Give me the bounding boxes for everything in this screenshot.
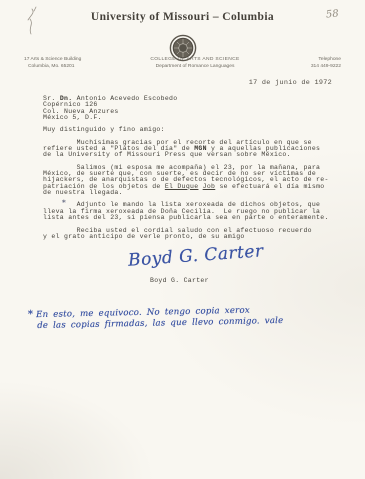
telephone-number: 314 449-9222: [271, 64, 341, 71]
body-line: y el grato anticipo de verle pronto, de …: [43, 234, 339, 240]
handwritten-footnote: *En esto, me equivoco. No tengo copia xe…: [28, 304, 338, 331]
footnote-asterisk: *: [28, 309, 33, 320]
recipient-block: Sr. Dn. Antonio Acevedo Escobedo Copérni…: [43, 96, 339, 121]
body-text: se efectuará el día mismo: [215, 183, 324, 190]
paragraph-2: Salimos (mi esposa me acompaña) el 23, p…: [43, 165, 339, 197]
letterhead-telephone: Telephone 314 449-9222: [271, 57, 341, 70]
salutation-line: Muy distinguido y fino amigo:: [43, 127, 339, 133]
typed-signature-name: Boyd G. Carter: [150, 277, 209, 284]
college-name: COLLEGE OF ARTS AND SCIENCE: [119, 57, 271, 64]
university-title: University of Missouri – Columbia: [0, 11, 365, 23]
recipient-line: México 5, D.F.: [43, 115, 339, 121]
underlined-title: Job: [203, 183, 216, 190]
body-line: de nuestra llegada.: [43, 190, 339, 196]
department-name: Department of Romance Languages: [119, 64, 271, 71]
paragraph-4: Reciba usted el cordial saludo con el af…: [43, 228, 339, 241]
body-line: lista antes del 23, si piensa publicarla…: [43, 215, 339, 221]
address-line2: Columbia, Mo. 65201: [24, 64, 119, 71]
underlined-title: El Duque: [165, 183, 199, 190]
body-line: de la University of Missouri Press que v…: [43, 152, 339, 158]
letter-page: 58 University of Missouri – Columbia 17 …: [0, 0, 365, 479]
letterhead-address: 17 Arts & Science Building Columbia, Mo.…: [24, 57, 119, 70]
letterhead-row: 17 Arts & Science Building Columbia, Mo.…: [24, 57, 341, 70]
letter-body: Sr. Dn. Antonio Acevedo Escobedo Copérni…: [43, 96, 339, 240]
address-line1: 17 Arts & Science Building: [24, 57, 119, 64]
handwritten-signature: Boyd G. Carter: [127, 241, 264, 270]
handwritten-asterisk: *: [62, 200, 66, 206]
paragraph-3: * Adjunto le mando la lista xeroxeada de…: [43, 202, 339, 221]
letter-date: 17 de junio de 1972: [249, 79, 332, 87]
paragraph-1: Muchísimas gracias por el recorte del ar…: [43, 140, 339, 159]
telephone-label: Telephone: [271, 57, 341, 64]
salutation: Muy distinguido y fino amigo:: [43, 127, 339, 133]
letterhead-college: COLLEGE OF ARTS AND SCIENCE Department o…: [119, 57, 271, 70]
